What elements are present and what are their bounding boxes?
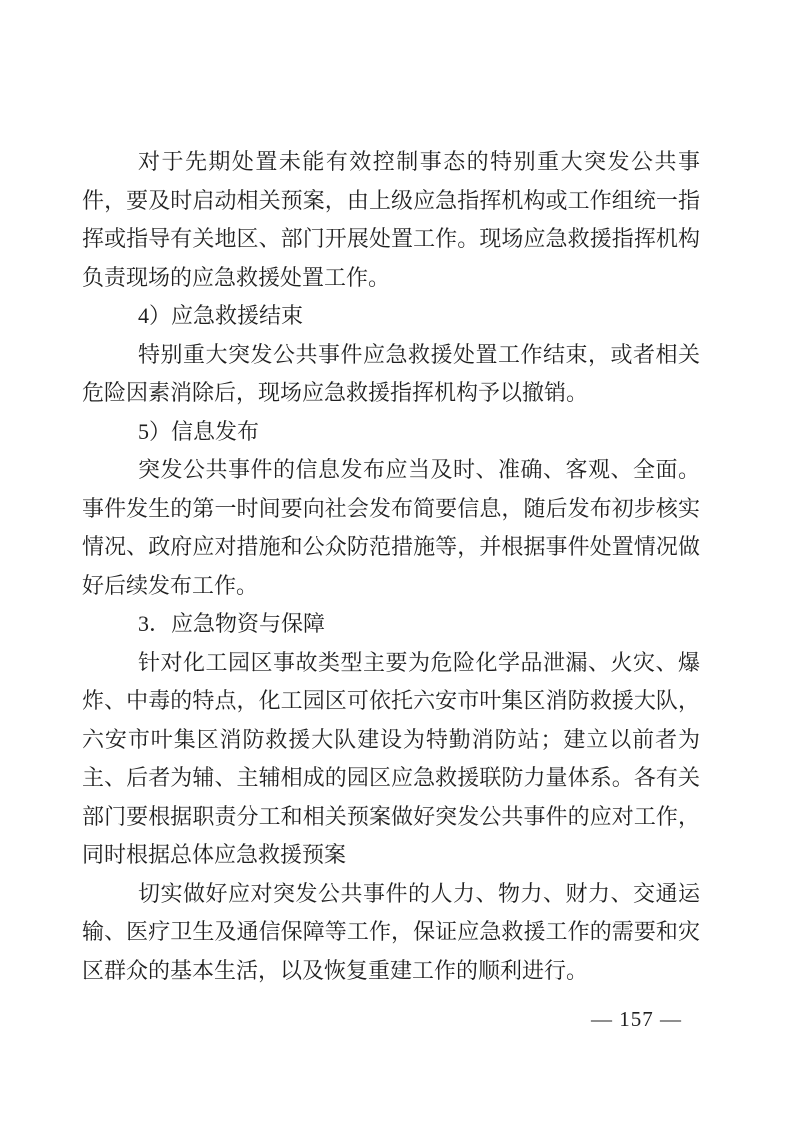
heading-5-info-release: 5）信息发布 xyxy=(82,413,700,452)
paragraph-support-work: 切实做好应对突发公共事件的人力、物力、财力、交通运输、医疗卫生及通信保障等工作，… xyxy=(82,875,700,991)
heading-4-rescue-end: 4）应急救援结束 xyxy=(82,297,700,336)
paragraph-emergency-command: 对于先期处置未能有效控制事态的特别重大突发公共事件，要及时启动相关预案，由上级应… xyxy=(82,143,700,297)
document-page: 对于先期处置未能有效控制事态的特别重大突发公共事件，要及时启动相关预案，由上级应… xyxy=(0,0,794,1122)
paragraph-info-release: 突发公共事件的信息发布应当及时、准确、客观、全面。事件发生的第一时间要向社会发布… xyxy=(82,451,700,605)
paragraph-rescue-end: 特别重大突发公共事件应急救援处置工作结束，或者相关危险因素消除后，现场应急救援指… xyxy=(82,336,700,413)
page-number: — 157 — xyxy=(591,1007,682,1031)
document-body: 对于先期处置未能有效控制事态的特别重大突发公共事件，要及时启动相关预案，由上级应… xyxy=(82,143,700,990)
heading-3-supplies-support: 3．应急物资与保障 xyxy=(82,605,700,644)
paragraph-chemical-park: 针对化工园区事故类型主要为危险化学品泄漏、火灾、爆炸、中毒的特点，化工园区可依托… xyxy=(82,644,700,875)
